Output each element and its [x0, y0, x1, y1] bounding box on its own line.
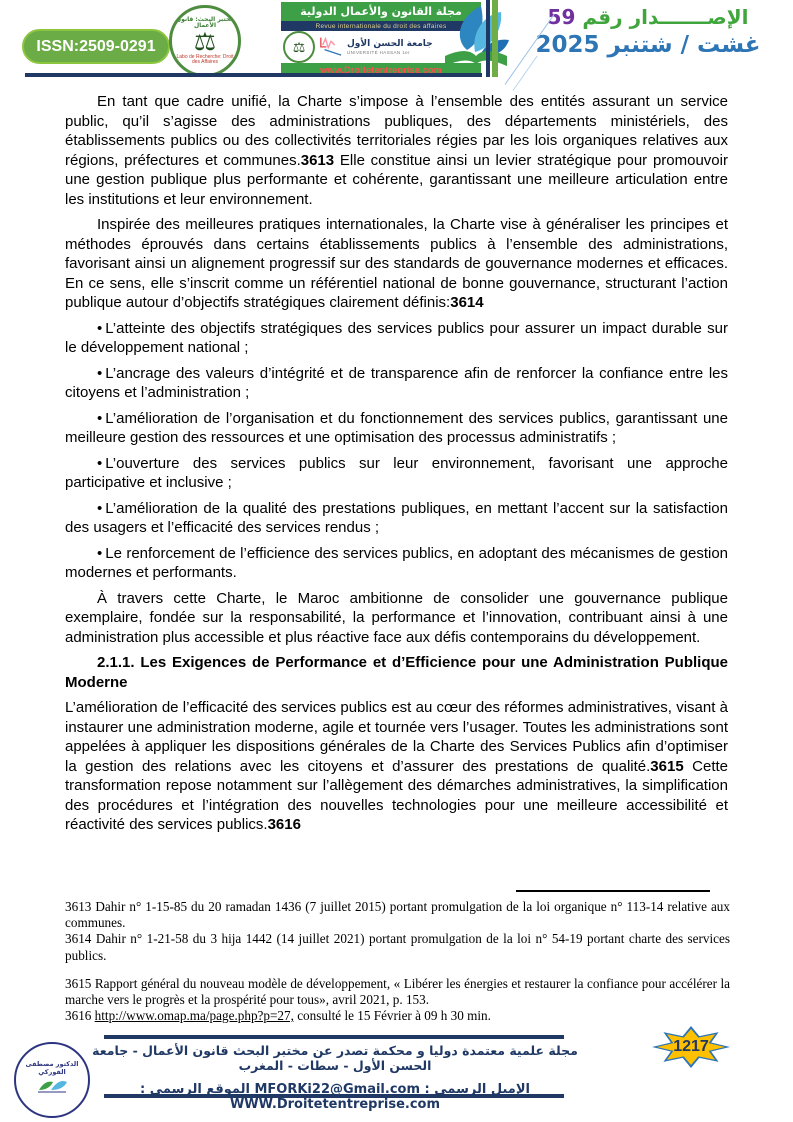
- scales-icon: ⚖: [283, 31, 315, 63]
- issn-text: ISSN:2509-0291: [36, 38, 155, 56]
- footnote-3615: 3615 Rapport général du nouveau modèle d…: [65, 976, 730, 1008]
- book-leaves-icon: [437, 4, 515, 79]
- bullet-icon: •: [97, 455, 102, 472]
- footnote-number: 3616: [65, 1008, 95, 1023]
- footer-rule-bottom: [104, 1094, 564, 1098]
- footer-info: مجلة علمية معتمدة دوليا و محكمة تصدر عن …: [85, 1043, 585, 1112]
- footnote-3616: 3616 http://www.omap.ma/page.php?p=27, c…: [65, 1008, 730, 1024]
- paragraph-1: En tant que cadre unifié, la Charte s’im…: [65, 92, 728, 209]
- page-number-badge: 1217: [652, 1026, 730, 1068]
- footnote-url-link[interactable]: http://www.omap.ma/page.php?p=27,: [95, 1008, 294, 1023]
- footnote-ref-3614: 3614: [450, 294, 483, 311]
- header-divider-green: [492, 0, 498, 77]
- decorative-diagonal-line: [513, 56, 538, 91]
- footnote-text: consulté le 15 Février à 09 h 30 min.: [294, 1008, 491, 1023]
- issue-period: غشت / شتنبر: [608, 32, 761, 58]
- paragraph-text: Inspirée des meilleures pratiques intern…: [65, 216, 728, 311]
- lab-logo-french-text: Labo de Recherche: Droit des Affaires: [172, 55, 238, 65]
- scales-icon: ⚖: [194, 29, 216, 55]
- footnote-ref-3615: 3615: [650, 758, 683, 775]
- seal-name-text: الدكتور مصطفى الفوركي: [16, 1061, 88, 1077]
- footnote-ref-3616: 3616: [268, 816, 301, 833]
- bullet-icon: •: [97, 500, 102, 517]
- bullet-icon: •: [97, 545, 102, 562]
- bullet-text: L’atteinte des objectifs stratégiques de…: [65, 320, 728, 357]
- bullet-icon: •: [97, 365, 102, 382]
- paragraph-text: L’amélioration de l’efficacité des servi…: [65, 699, 728, 775]
- chart-icon: [319, 33, 343, 62]
- footnote-ref-3613: 3613: [301, 152, 334, 169]
- issue-year: 2025: [535, 32, 599, 58]
- footnote-3614: 3614 Dahir n° 1-21-58 du 3 hija 1442 (14…: [65, 931, 730, 963]
- law-lab-logo: مختبر البحث: قانون الأعمال ⚖ Labo de Rec…: [169, 5, 241, 77]
- footer-journal-description: مجلة علمية معتمدة دوليا و محكمة تصدر عن …: [85, 1043, 585, 1073]
- university-name-arabic: جامعة الحسن الأول: [347, 39, 433, 49]
- bullet-item: •L’ancrage des valeurs d’intégrité et de…: [65, 364, 728, 403]
- university-name-french: UNIVERSITÉ HASSAN 1er: [347, 50, 433, 55]
- site-address: WWW.Droitetentreprise.com: [230, 1097, 440, 1112]
- page-number: 1217: [652, 1026, 730, 1068]
- footnote-separator: [516, 890, 710, 892]
- bullet-text: L’amélioration de l’organisation et du f…: [65, 410, 728, 447]
- journal-page: ISSN:2509-0291 مختبر البحث: قانون الأعما…: [0, 0, 793, 1122]
- bullet-text: Le renforcement de l’efficience des serv…: [65, 545, 728, 582]
- issue-date-line: غشت / شتنبر 2025: [508, 32, 788, 58]
- footnote-3613: 3613 Dahir n° 1-15-85 du 20 ramadan 1436…: [65, 899, 730, 931]
- issn-badge: ISSN:2509-0291: [22, 29, 170, 64]
- bullet-icon: •: [97, 410, 102, 427]
- bullet-text: L’ouverture des services publics sur leu…: [65, 455, 728, 492]
- bullet-item: •L’amélioration de la qualité des presta…: [65, 499, 728, 538]
- scales-glyph: ⚖: [293, 39, 306, 56]
- author-seal-logo: الدكتور مصطفى الفوركي: [14, 1042, 90, 1118]
- bullet-item: •L’atteinte des objectifs stratégiques d…: [65, 319, 728, 358]
- header-divider-navy: [486, 0, 490, 77]
- issue-label: الإصـــــــدار رقم: [582, 5, 748, 29]
- bullet-icon: •: [97, 320, 102, 337]
- section-heading: 2.1.1. Les Exigences de Performance et d…: [65, 653, 728, 692]
- issue-info: الإصـــــــدار رقم 59 غشت / شتنبر 2025: [508, 5, 788, 58]
- paragraph-3: À travers cette Charte, le Maroc ambitio…: [65, 589, 728, 648]
- university-label: جامعة الحسن الأول UNIVERSITÉ HASSAN 1er: [347, 39, 433, 55]
- bullet-item: •Le renforcement de l’efficience des ser…: [65, 544, 728, 583]
- paragraph-2: Inspirée des meilleures pratiques intern…: [65, 215, 728, 313]
- bullet-text: L’amélioration de la qualité des prestat…: [65, 500, 728, 537]
- bullet-text: L’ancrage des valeurs d’intégrité et de …: [65, 365, 728, 402]
- header-rule: [25, 73, 482, 77]
- paragraph-4: L’amélioration de l’efficacité des servi…: [65, 698, 728, 835]
- article-body: En tant que cadre unifié, la Charte s’im…: [65, 92, 728, 841]
- footnotes: 3613 Dahir n° 1-15-85 du 20 ramadan 1436…: [65, 899, 730, 1024]
- footer-rule-top: [104, 1035, 564, 1039]
- bullet-item: •L’ouverture des services publics sur le…: [65, 454, 728, 493]
- bullet-item: •L’amélioration de l’organisation et du …: [65, 409, 728, 448]
- seal-leaf-icon: [35, 1076, 69, 1099]
